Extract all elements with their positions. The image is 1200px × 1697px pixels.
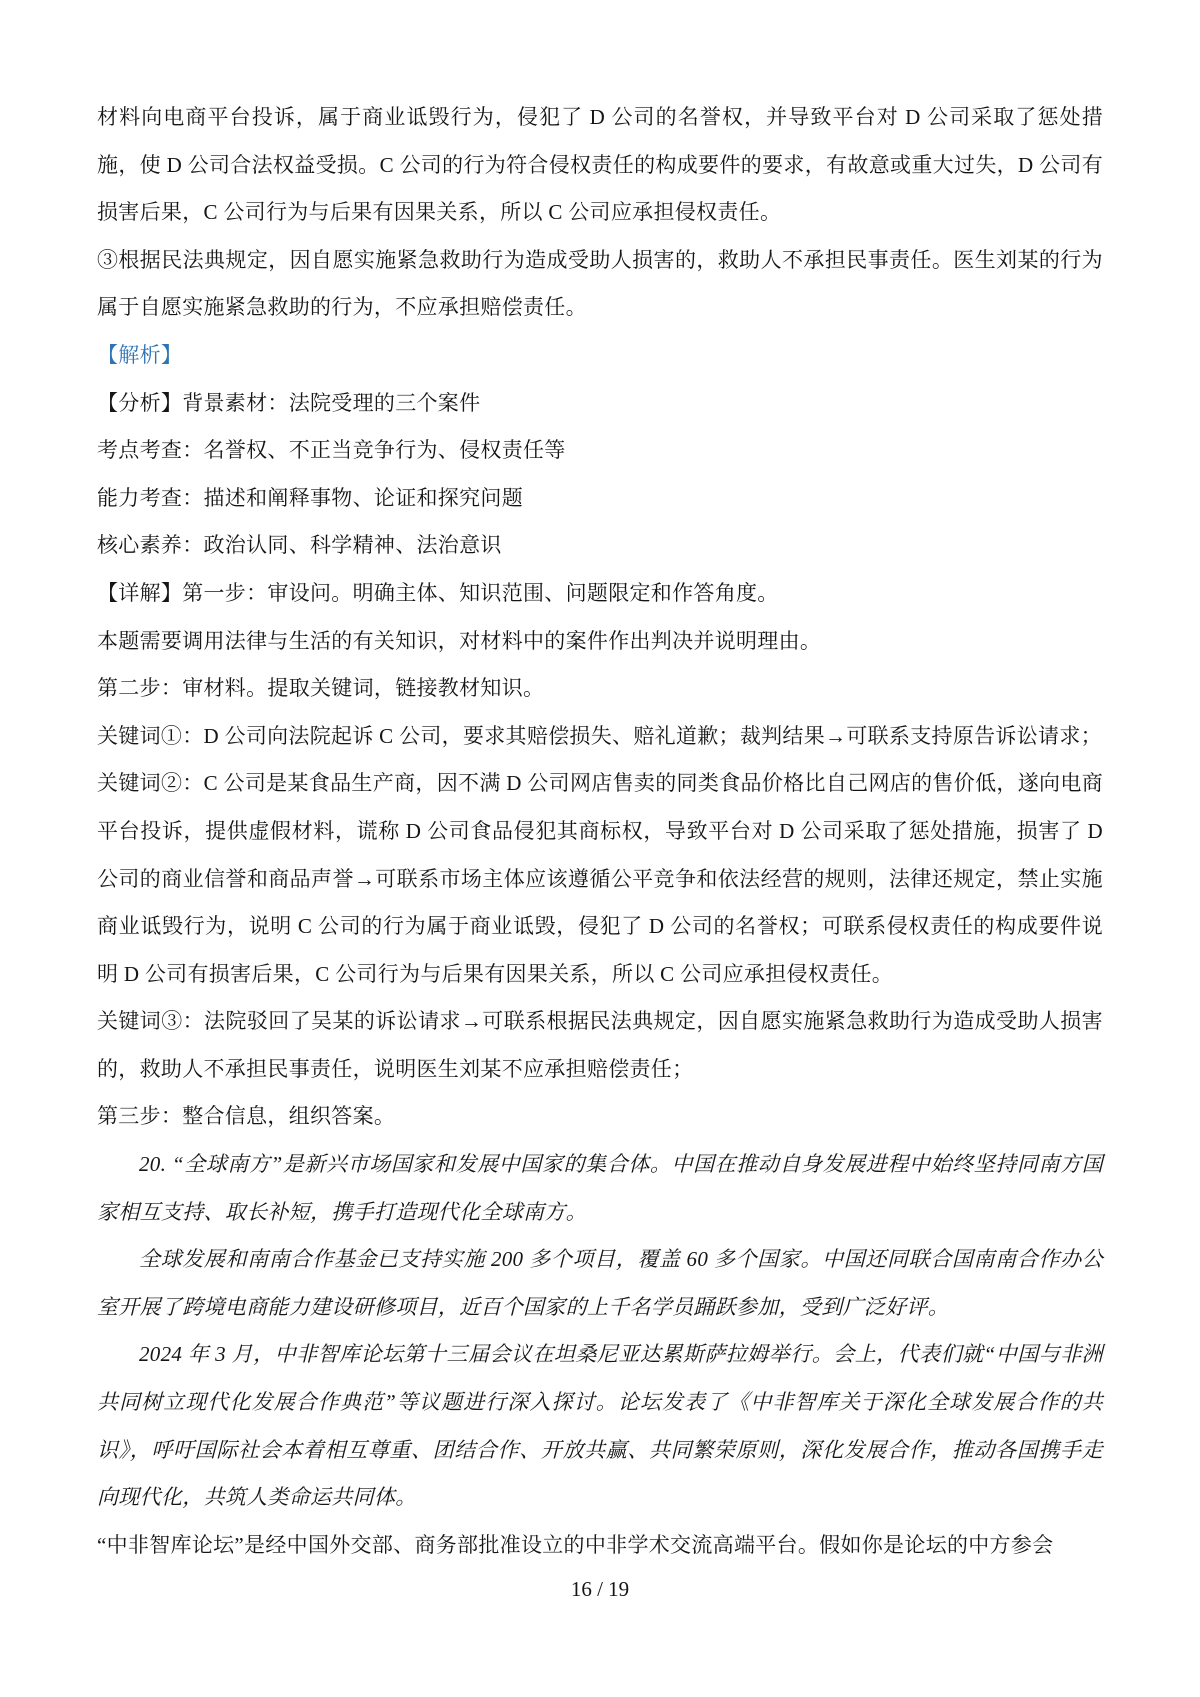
document-page: 材料向电商平台投诉，属于商业诋毁行为，侵犯了 D 公司的名誉权，并导致平台对 D…: [0, 0, 1200, 1569]
detail-step2-line: 第二步：审材料。提取关键词，链接教材知识。: [97, 665, 1103, 713]
keyword-3-paragraph: 关键词③：法院驳回了吴某的诉讼请求→可联系根据民法典规定，因自愿实施紧急救助行为…: [97, 998, 1103, 1093]
question-20-material-paragraph-2: 2024 年 3 月，中非智库论坛第十三届会议在坦桑尼亚达累斯萨拉姆举行。会上，…: [97, 1331, 1103, 1521]
keyword-1-paragraph: 关键词①：D 公司向法院起诉 C 公司，要求其赔偿损失、赔礼道歉；裁判结果→可联…: [97, 713, 1103, 761]
analysis-background-line: 【分析】背景素材：法院受理的三个案件: [97, 380, 1103, 428]
question-20-material-paragraph-1: 全球发展和南南合作基金已支持实施 200 多个项目，覆盖 60 多个国家。中国还…: [97, 1236, 1103, 1331]
ability-check-line: 能力考查：描述和阐释事物、论证和探究问题: [97, 475, 1103, 523]
question-20-material-paragraph-3: “中非智库论坛”是经中国外交部、商务部批准设立的中非学术交流高端平台。假如你是论…: [97, 1522, 1103, 1570]
page-number: 16 / 19: [0, 1576, 1200, 1602]
answer-reason-paragraph: 材料向电商平台投诉，属于商业诋毁行为，侵犯了 D 公司的名誉权，并导致平台对 D…: [97, 94, 1103, 237]
keyword-2-paragraph: 关键词②：C 公司是某食品生产商，因不满 D 公司网店售卖的同类食品价格比自己网…: [97, 760, 1103, 998]
answer-point-3-paragraph: ③根据民法典规定，因自愿实施紧急救助行为造成受助人损害的，救助人不承担民事责任。…: [97, 237, 1103, 332]
detail-knowledge-line: 本题需要调用法律与生活的有关知识，对材料中的案件作出判决并说明理由。: [97, 618, 1103, 666]
detail-step1-line: 【详解】第一步：审设问。明确主体、知识范围、问题限定和作答角度。: [97, 570, 1103, 618]
jiexi-section-label: 【解析】: [97, 332, 1103, 380]
core-literacy-line: 核心素养：政治认同、科学精神、法治意识: [97, 522, 1103, 570]
exam-points-line: 考点考查：名誉权、不正当竞争行为、侵权责任等: [97, 427, 1103, 475]
detail-step3-line: 第三步：整合信息，组织答案。: [97, 1093, 1103, 1141]
question-20-intro-paragraph: 20. “全球南方”是新兴市场国家和发展中国家的集合体。中国在推动自身发展进程中…: [97, 1141, 1103, 1236]
